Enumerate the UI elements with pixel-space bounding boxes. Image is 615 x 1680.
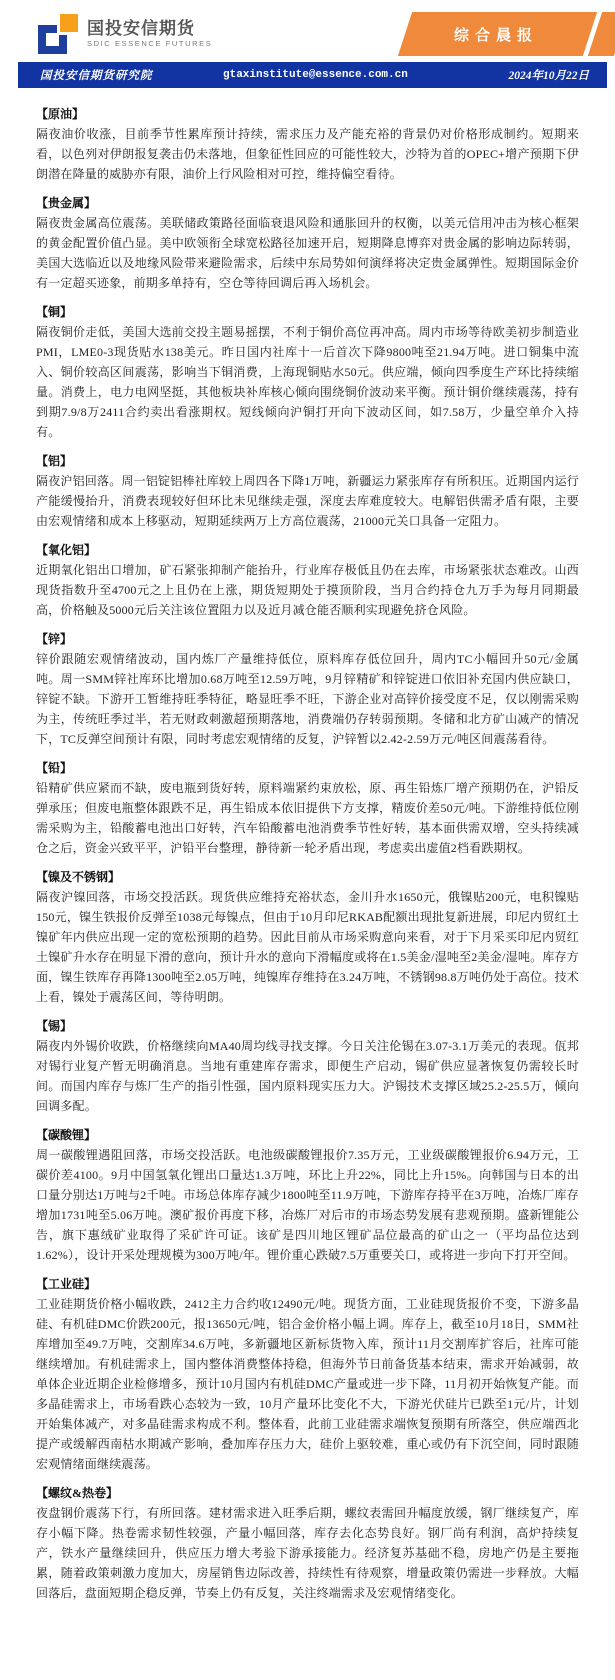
section-title: 【螺纹&热卷】 <box>36 1483 579 1503</box>
report-date: 2024年10月22日 <box>509 67 590 83</box>
section-copper: 【铜】 隔夜铜价走低，美国大选前交投主题易摇摆，不利于铜价高位再冲高。周内市场等… <box>36 302 579 442</box>
company-name-en: SDIC ESSENCE FUTURES <box>87 40 212 48</box>
report-header: 国投安信期货 SDIC ESSENCE FUTURES 综合晨报 <box>0 0 615 62</box>
section-title: 【原油】 <box>36 104 579 124</box>
section-text: 锌价跟随宏观情绪波动，国内炼厂产量维持低位，原料库存低位回升，周内TC小幅回升5… <box>36 649 579 749</box>
section-lithium-carbonate: 【碳酸锂】 周一碳酸锂遇阻回落，市场交投活跃。电池级碳酸锂报价7.35万元，工业… <box>36 1125 579 1265</box>
section-rebar-hrc: 【螺纹&热卷】 夜盘钢价震荡下行，有所回落。建材需求进入旺季后期，螺纹表需回升幅… <box>36 1483 579 1603</box>
report-body: 【原油】 隔夜油价收涨，目前季节性累库预计持续，需求压力及产能充裕的背景仍对价格… <box>0 88 615 1603</box>
section-title: 【铅】 <box>36 758 579 778</box>
morning-report-page: 国投安信期货 SDIC ESSENCE FUTURES 综合晨报 国投安信期货研… <box>0 0 615 1680</box>
section-title: 【锌】 <box>36 629 579 649</box>
section-text: 铅精矿供应紧而不缺，废电瓶到货好转，原料端紧约束放松，原、再生铅炼厂增产预期仍在… <box>36 778 579 858</box>
section-text: 隔夜沪铝回落。周一铝锭铝棒社库较上周四各下降1万吨，新疆运力紧张库存有所积压。近… <box>36 471 579 531</box>
section-title: 【镍及不锈钢】 <box>36 867 579 887</box>
section-tin: 【锡】 隔夜内外锡价收跌，价格继续向MA40周均线寻找支撑。今日关注伦锡在3.0… <box>36 1016 579 1116</box>
report-type-banner: 综合晨报 <box>393 12 615 56</box>
institute-name: 国投安信期货研究院 <box>40 67 153 83</box>
section-text: 周一碳酸锂遇阻回落，市场交投活跃。电池级碳酸锂报价7.35万元，工业级碳酸锂报价… <box>36 1145 579 1265</box>
section-industrial-silicon: 【工业硅】 工业硅期货价格小幅收跌，2412主力合约收12490元/吨。现货方面… <box>36 1274 579 1474</box>
section-text: 工业硅期货价格小幅收跌，2412主力合约收12490元/吨。现货方面，工业硅现货… <box>36 1294 579 1474</box>
section-title: 【铜】 <box>36 302 579 322</box>
section-lead: 【铅】 铅精矿供应紧而不缺，废电瓶到货好转，原料端紧约束放松，原、再生铅炼厂增产… <box>36 758 579 858</box>
section-title: 【工业硅】 <box>36 1274 579 1294</box>
section-text: 近期氧化铝出口增加，矿石紧张抑制产能抬升，行业库存极低且仍在去库，市场紧张状态难… <box>36 560 579 620</box>
company-name-cn: 国投安信期货 <box>87 20 212 37</box>
sdic-logo-icon <box>38 14 78 54</box>
info-bar: 国投安信期货研究院 gtaxinstitute@essence.com.cn 2… <box>18 62 607 88</box>
section-nickel-stainless: 【镍及不锈钢】 隔夜沪镍回落，市场交投活跃。现货供应维持充裕状态，金川升水165… <box>36 867 579 1007</box>
logo-text: 国投安信期货 SDIC ESSENCE FUTURES <box>87 20 212 48</box>
section-text: 隔夜油价收涨，目前季节性累库预计持续，需求压力及产能充裕的背景仍对价格形成制约。… <box>36 124 579 184</box>
section-precious-metals: 【贵金属】 隔夜贵金属高位震荡。美联储政策路径面临衰退风险和通胀回升的权衡，以美… <box>36 193 579 293</box>
company-logo: 国投安信期货 SDIC ESSENCE FUTURES <box>38 14 212 54</box>
section-text: 隔夜沪镍回落，市场交投活跃。现货供应维持充裕状态，金川升水1650元，俄镍贴20… <box>36 887 579 1007</box>
section-text: 隔夜内外锡价收跌，价格继续向MA40周均线寻找支撑。今日关注伦锡在3.07-3.… <box>36 1036 579 1116</box>
section-aluminum: 【铝】 隔夜沪铝回落。周一铝锭铝棒社库较上周四各下降1万吨，新疆运力紧张库存有所… <box>36 451 579 531</box>
section-title: 【锡】 <box>36 1016 579 1036</box>
section-title: 【贵金属】 <box>36 193 579 213</box>
section-title: 【氧化铝】 <box>36 540 579 560</box>
section-alumina: 【氧化铝】 近期氧化铝出口增加，矿石紧张抑制产能抬升，行业库存极低且仍在去库，市… <box>36 540 579 620</box>
section-text: 夜盘钢价震荡下行，有所回落。建材需求进入旺季后期，螺纹表需回升幅度放缓，钢厂继续… <box>36 1503 579 1603</box>
section-text: 隔夜铜价走低，美国大选前交投主题易摇摆，不利于铜价高位再冲高。周内市场等待欧美初… <box>36 322 579 442</box>
section-title: 【碳酸锂】 <box>36 1125 579 1145</box>
banner-label: 综合晨报 <box>393 12 593 56</box>
logo-orange-square-icon <box>57 14 78 35</box>
section-crude-oil: 【原油】 隔夜油价收涨，目前季节性累库预计持续，需求压力及产能充裕的背景仍对价格… <box>36 104 579 184</box>
section-title: 【铝】 <box>36 451 579 471</box>
section-zinc: 【锌】 锌价跟随宏观情绪波动，国内炼厂产量维持低位，原料库存低位回升，周内TC小… <box>36 629 579 749</box>
section-text: 隔夜贵金属高位震荡。美联储政策路径面临衰退风险和通胀回升的权衡，以美元信用冲击为… <box>36 213 579 293</box>
institute-email: gtaxinstitute@essence.com.cn <box>223 69 408 81</box>
